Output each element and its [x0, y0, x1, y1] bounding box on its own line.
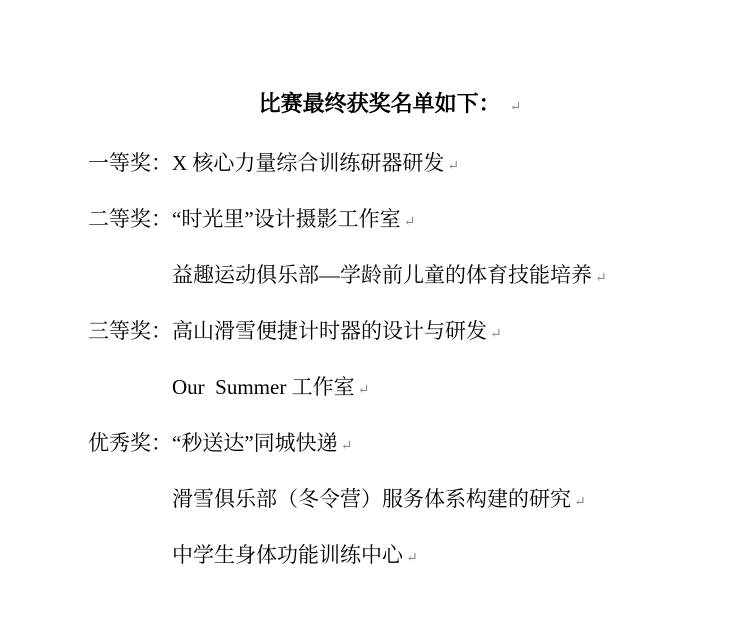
award-line-text: Our Summer 工作室 [172, 375, 355, 399]
award-line-text: 益趣运动俱乐部—学龄前儿童的体育技能培养 [172, 263, 592, 287]
award-line-text: 优秀奖：“秒送达”同城快递 [88, 431, 338, 455]
page-title: 比赛最终获奖名单如下： [259, 91, 501, 116]
award-line-text: 三等奖：高山滑雪便捷计时器的设计与研发 [88, 319, 487, 343]
paragraph-mark-icon: ↵ [574, 495, 586, 510]
award-line-third-prize-item2: Our Summer 工作室↵ [88, 376, 692, 402]
award-line-text: 滑雪俱乐部（冬令营）服务体系构建的研究 [172, 487, 571, 511]
paragraph-mark-icon: ↵ [341, 439, 353, 454]
paragraph-mark-icon: ↵ [490, 327, 502, 342]
award-line-second-prize: 二等奖：“时光里”设计摄影工作室↵ [88, 208, 692, 234]
paragraph-mark-icon: ↵ [510, 100, 522, 115]
paragraph-mark-icon: ↵ [404, 215, 416, 230]
award-line-excellence-prize-item2: 滑雪俱乐部（冬令营）服务体系构建的研究↵ [88, 488, 692, 514]
paragraph-mark-icon: ↵ [595, 271, 607, 286]
award-line-text: 二等奖：“时光里”设计摄影工作室 [88, 207, 401, 231]
paragraph-mark-icon: ↵ [406, 551, 418, 566]
document-title-line: 比赛最终获奖名单如下：↵ [88, 93, 692, 119]
document-page: 比赛最终获奖名单如下：↵ 一等奖：X 核心力量综合训练研器研发↵ 二等奖：“时光… [0, 0, 750, 625]
award-line-third-prize: 三等奖：高山滑雪便捷计时器的设计与研发↵ [88, 320, 692, 346]
award-line-text: 一等奖：X 核心力量综合训练研器研发 [88, 151, 444, 175]
award-line-text: 中学生身体功能训练中心 [172, 543, 403, 567]
award-line-first-prize: 一等奖：X 核心力量综合训练研器研发↵ [88, 152, 692, 178]
paragraph-mark-icon: ↵ [358, 383, 370, 398]
award-line-excellence-prize-item3: 中学生身体功能训练中心↵ [88, 544, 692, 570]
paragraph-mark-icon: ↵ [447, 159, 459, 174]
award-line-excellence-prize: 优秀奖：“秒送达”同城快递↵ [88, 432, 692, 458]
award-line-second-prize-item2: 益趣运动俱乐部—学龄前儿童的体育技能培养↵ [88, 264, 692, 290]
